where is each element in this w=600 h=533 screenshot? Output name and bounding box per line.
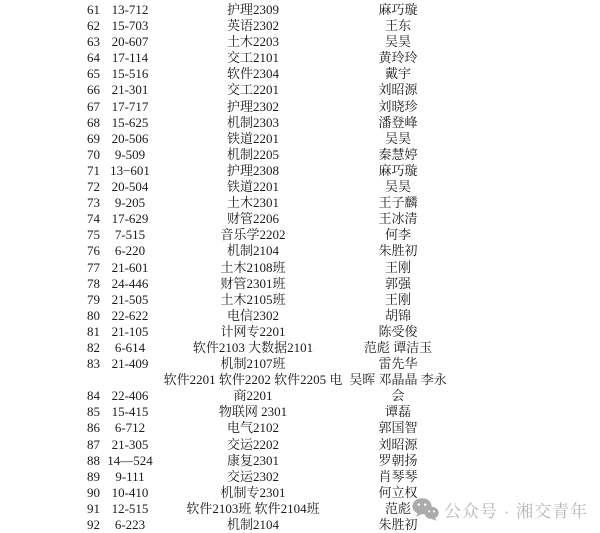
cell-no: 75: [0, 227, 100, 243]
cell-no: 77: [0, 260, 100, 276]
cell-room: 6-223: [100, 517, 160, 533]
table-row: 8422-406软件2201 软件2202 软件2205 电商2201吴晖 邓晶…: [0, 372, 600, 404]
table-row: 6417-114交工2101黄玲玲: [0, 50, 600, 66]
cell-no: 87: [0, 437, 100, 453]
table-row: 8321-409机制2107班雷先华: [0, 356, 600, 372]
cell-filler: [450, 211, 600, 227]
cell-class: 机制2107班: [160, 356, 346, 372]
cell-filler: [450, 18, 600, 34]
table-row: 866-712电气2102郭国智: [0, 420, 600, 436]
cell-filler: [450, 163, 600, 179]
cell-room: 12-515: [100, 501, 160, 517]
cell-names: 吴昊: [346, 179, 450, 195]
table-row: 6215-703英语2302王东: [0, 18, 600, 34]
cell-class: 土木2105班: [160, 292, 346, 308]
cell-no: 81: [0, 324, 100, 340]
cell-room: 21-601: [100, 260, 160, 276]
cell-no: 79: [0, 292, 100, 308]
cell-no: 66: [0, 82, 100, 98]
cell-filler: [450, 469, 600, 485]
cell-names: 吴昊: [346, 34, 450, 50]
cell-room: 13-712: [100, 2, 160, 18]
table-row: 8721-305交运2202刘昭源: [0, 437, 600, 453]
cell-class: 土木2203: [160, 34, 346, 50]
cell-class: 财管2206: [160, 211, 346, 227]
cell-names: 王东: [346, 18, 450, 34]
cell-names: 刘昭源: [346, 437, 450, 453]
table-row: 739-205土木2301王子麟: [0, 195, 600, 211]
table-row: 7721-601土木2108班王刚: [0, 260, 600, 276]
cell-no: 65: [0, 66, 100, 82]
cell-filler: [450, 453, 600, 469]
cell-room: 17-629: [100, 211, 160, 227]
table-row: 6920-506铁道2201吴昊: [0, 131, 600, 147]
roster-table-body: 6113-712护理2309麻巧璇6215-703英语2302王东6320-60…: [0, 2, 600, 533]
cell-names: 王冰清: [346, 211, 450, 227]
cell-room: 24-446: [100, 276, 160, 292]
cell-no: 64: [0, 50, 100, 66]
cell-class: 铁道2201: [160, 131, 346, 147]
cell-no: 63: [0, 34, 100, 50]
cell-filler: [450, 2, 600, 18]
table-row: 7921-505土木2105班王刚: [0, 292, 600, 308]
cell-class: 土木2108班: [160, 260, 346, 276]
cell-filler: [450, 308, 600, 324]
cell-room: 17-114: [100, 50, 160, 66]
table-row: 8814—524康复2301罗朝扬: [0, 453, 600, 469]
cell-class: 交运2202: [160, 437, 346, 453]
cell-no: 69: [0, 131, 100, 147]
cell-room: 15-415: [100, 404, 160, 420]
cell-filler: [450, 50, 600, 66]
cell-filler: [450, 517, 600, 533]
cell-room: 21-505: [100, 292, 160, 308]
cell-names: 胡锦: [346, 308, 450, 324]
cell-class: 软件2103 大数据2101: [160, 340, 346, 356]
cell-filler: [450, 243, 600, 259]
cell-room: 7-515: [100, 227, 160, 243]
cell-room: 6-220: [100, 243, 160, 259]
cell-room: 14—524: [100, 453, 160, 469]
table-row: 8022-622电信2302胡锦: [0, 308, 600, 324]
cell-names: 罗朝扬: [346, 453, 450, 469]
cell-filler: [450, 131, 600, 147]
cell-no: 84: [0, 372, 100, 404]
table-row: 709-509机制2205秦慧婷: [0, 147, 600, 163]
table-row: 6113-712护理2309麻巧璇: [0, 2, 600, 18]
cell-room: 20-506: [100, 131, 160, 147]
cell-names: 麻巧璇: [346, 2, 450, 18]
cell-no: 83: [0, 356, 100, 372]
cell-names: 吴晖 邓晶晶 李永会: [346, 372, 450, 404]
cell-no: 61: [0, 2, 100, 18]
table-row: 926-223机制2104朱胜初: [0, 517, 600, 533]
cell-names: 王刚: [346, 260, 450, 276]
cell-filler: [450, 260, 600, 276]
cell-no: 76: [0, 243, 100, 259]
cell-names: 雷先华: [346, 356, 450, 372]
cell-no: 71: [0, 163, 100, 179]
cell-room: 6-614: [100, 340, 160, 356]
table-row: 757-515音乐学2202何李: [0, 227, 600, 243]
table-row: 8515-415物联网 2301谭磊: [0, 404, 600, 420]
cell-class: 电信2302: [160, 308, 346, 324]
cell-class: 土木2301: [160, 195, 346, 211]
cell-class: 机制2104: [160, 243, 346, 259]
cell-names: 黄玲玲: [346, 50, 450, 66]
cell-names: 陈受俊: [346, 324, 450, 340]
cell-names: 肖琴琴: [346, 469, 450, 485]
cell-filler: [450, 501, 600, 517]
cell-names: 刘晓珍: [346, 99, 450, 115]
table-row: 9112-515软件2103班 软件2104班范彪: [0, 501, 600, 517]
cell-room: 13−601: [100, 163, 160, 179]
cell-filler: [450, 66, 600, 82]
cell-room: 21-301: [100, 82, 160, 98]
cell-room: 17-717: [100, 99, 160, 115]
cell-no: 62: [0, 18, 100, 34]
table-row: 7417-629财管2206王冰清: [0, 211, 600, 227]
cell-class: 软件2201 软件2202 软件2205 电商2201: [160, 372, 346, 404]
cell-names: 朱胜初: [346, 243, 450, 259]
cell-no: 74: [0, 211, 100, 227]
cell-class: 护理2308: [160, 163, 346, 179]
cell-class: 电气2102: [160, 420, 346, 436]
cell-no: 91: [0, 501, 100, 517]
cell-names: 谭磊: [346, 404, 450, 420]
table-row: 6621-301交工2201刘昭源: [0, 82, 600, 98]
cell-no: 92: [0, 517, 100, 533]
cell-class: 铁道2201: [160, 179, 346, 195]
table-row: 7824-446财管2301班郭强: [0, 276, 600, 292]
cell-filler: [450, 356, 600, 372]
cell-filler: [450, 147, 600, 163]
cell-room: 21-305: [100, 437, 160, 453]
table-row: 8121-105计网专2201陈受俊: [0, 324, 600, 340]
cell-class: 财管2301班: [160, 276, 346, 292]
cell-filler: [450, 179, 600, 195]
cell-room: 15-625: [100, 115, 160, 131]
cell-names: 吴昊: [346, 131, 450, 147]
cell-no: 85: [0, 404, 100, 420]
cell-filler: [450, 420, 600, 436]
cell-no: 78: [0, 276, 100, 292]
table-row: 6717-717护理2302刘晓珍: [0, 99, 600, 115]
cell-class: 交工2201: [160, 82, 346, 98]
cell-filler: [450, 276, 600, 292]
cell-class: 康复2301: [160, 453, 346, 469]
cell-no: 72: [0, 179, 100, 195]
table-row: 7220-504铁道2201吴昊: [0, 179, 600, 195]
cell-names: 郭强: [346, 276, 450, 292]
cell-class: 交运2302: [160, 469, 346, 485]
table-row: 826-614软件2103 大数据2101范彪 谭洁玉: [0, 340, 600, 356]
cell-room: 9-111: [100, 469, 160, 485]
table-row: 9010-410机制专2301何立权: [0, 485, 600, 501]
cell-no: 73: [0, 195, 100, 211]
cell-room: 9-205: [100, 195, 160, 211]
table-row: 6815-625机制2303潘登峰: [0, 115, 600, 131]
cell-class: 软件2304: [160, 66, 346, 82]
cell-filler: [450, 404, 600, 420]
cell-filler: [450, 340, 600, 356]
cell-class: 机制2303: [160, 115, 346, 131]
cell-class: 机制2205: [160, 147, 346, 163]
cell-room: 15-516: [100, 66, 160, 82]
cell-class: 护理2302: [160, 99, 346, 115]
cell-no: 82: [0, 340, 100, 356]
cell-filler: [450, 372, 600, 404]
table-row: 7113−601护理2308麻巧璇: [0, 163, 600, 179]
cell-names: 何李: [346, 227, 450, 243]
cell-class: 软件2103班 软件2104班: [160, 501, 346, 517]
cell-class: 交工2101: [160, 50, 346, 66]
cell-filler: [450, 34, 600, 50]
cell-room: 9-509: [100, 147, 160, 163]
cell-no: 90: [0, 485, 100, 501]
cell-class: 英语2302: [160, 18, 346, 34]
cell-room: 10-410: [100, 485, 160, 501]
cell-class: 机制专2301: [160, 485, 346, 501]
cell-class: 音乐学2202: [160, 227, 346, 243]
table-row: 766-220机制2104朱胜初: [0, 243, 600, 259]
cell-filler: [450, 292, 600, 308]
cell-class: 计网专2201: [160, 324, 346, 340]
cell-filler: [450, 99, 600, 115]
cell-names: 朱胜初: [346, 517, 450, 533]
cell-no: 80: [0, 308, 100, 324]
dorm-roster-table: 6113-712护理2309麻巧璇6215-703英语2302王东6320-60…: [0, 2, 600, 533]
cell-room: 15-703: [100, 18, 160, 34]
cell-names: 范彪: [346, 501, 450, 517]
cell-room: 22-406: [100, 372, 160, 404]
cell-names: 郭国智: [346, 420, 450, 436]
table-row: 6320-607土木2203吴昊: [0, 34, 600, 50]
cell-no: 89: [0, 469, 100, 485]
cell-class: 物联网 2301: [160, 404, 346, 420]
cell-class: 机制2104: [160, 517, 346, 533]
cell-filler: [450, 115, 600, 131]
cell-class: 护理2309: [160, 2, 346, 18]
cell-filler: [450, 485, 600, 501]
cell-no: 88: [0, 453, 100, 469]
cell-filler: [450, 195, 600, 211]
cell-names: 秦慧婷: [346, 147, 450, 163]
cell-room: 6-712: [100, 420, 160, 436]
cell-names: 戴宇: [346, 66, 450, 82]
cell-room: 22-622: [100, 308, 160, 324]
cell-names: 王子麟: [346, 195, 450, 211]
cell-names: 潘登峰: [346, 115, 450, 131]
cell-room: 21-409: [100, 356, 160, 372]
cell-names: 范彪 谭洁玉: [346, 340, 450, 356]
cell-names: 刘昭源: [346, 82, 450, 98]
cell-no: 68: [0, 115, 100, 131]
cell-filler: [450, 324, 600, 340]
cell-room: 20-504: [100, 179, 160, 195]
cell-filler: [450, 437, 600, 453]
cell-names: 何立权: [346, 485, 450, 501]
cell-no: 67: [0, 99, 100, 115]
cell-names: 王刚: [346, 292, 450, 308]
cell-room: 20-607: [100, 34, 160, 50]
cell-room: 21-105: [100, 324, 160, 340]
table-row: 6515-516软件2304戴宇: [0, 66, 600, 82]
cell-no: 86: [0, 420, 100, 436]
table-row: 899-111交运2302肖琴琴: [0, 469, 600, 485]
cell-names: 麻巧璇: [346, 163, 450, 179]
cell-filler: [450, 82, 600, 98]
cell-no: 70: [0, 147, 100, 163]
cell-filler: [450, 227, 600, 243]
